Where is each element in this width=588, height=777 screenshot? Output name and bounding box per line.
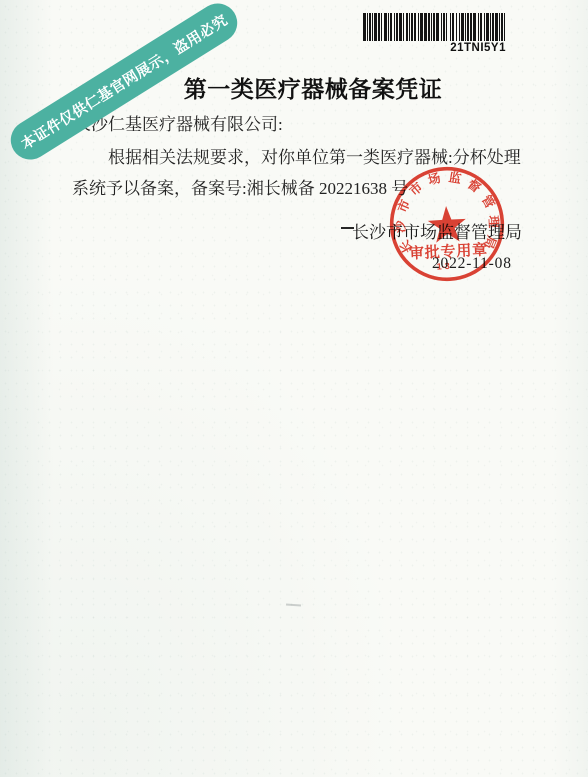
barcode-bars xyxy=(363,13,506,41)
official-seal: 长沙市市场监督管理局审批专用章1-3 xyxy=(383,160,511,288)
seal-star-icon xyxy=(427,205,467,243)
seal-number: 1-3 xyxy=(436,261,450,272)
seal-arc-char: 沙 xyxy=(392,219,408,233)
seal-arc-char: 理 xyxy=(486,215,501,229)
barcode: 21TNI5Y1 xyxy=(363,13,506,54)
scan-fleck-mark xyxy=(286,603,301,606)
certificate-page: 本证件仅供仁基官网展示，盗用必究 21TNI5Y1 第一类医疗器械备案凭证 长沙… xyxy=(0,0,588,777)
barcode-value-label: 21TNI5Y1 xyxy=(363,42,506,54)
body-line-2: 系统予以备案，备案号:湘长械备 20221638 号 xyxy=(72,174,408,199)
seal-bottom-text: 审批专用章 xyxy=(409,240,489,262)
seal-arc-char: 监 xyxy=(448,169,463,186)
